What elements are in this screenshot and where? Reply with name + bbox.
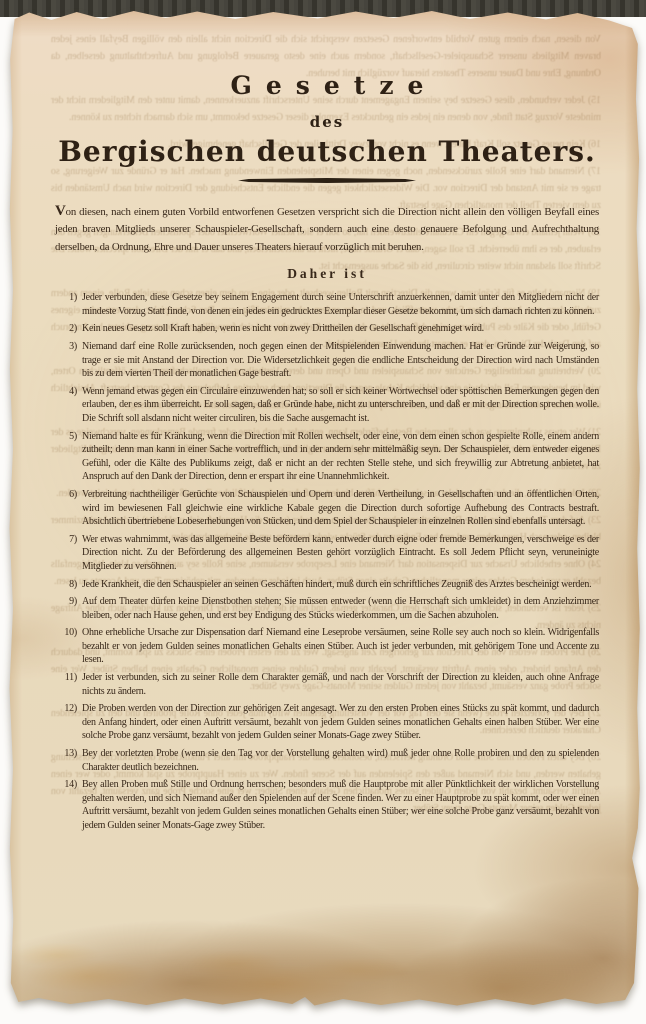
item-number: 10) bbox=[55, 626, 82, 667]
printed-text-column: Gesetze des Bergischen deutschen Theater… bbox=[55, 71, 599, 837]
item-number: 5) bbox=[55, 430, 82, 484]
item-number: 1) bbox=[55, 291, 82, 318]
item-text: Jede Krankheit, die den Schauspieler an … bbox=[82, 578, 599, 592]
law-item: 2)Kein neues Gesetz soll Kraft haben, we… bbox=[55, 322, 599, 336]
item-number: 2) bbox=[55, 322, 82, 336]
item-number: 13) bbox=[55, 747, 82, 774]
law-item: 11)Jeder ist verbunden, sich zu seiner R… bbox=[55, 671, 599, 698]
item-text: Verbreitung nachtheiliger Gerüchte von S… bbox=[82, 488, 599, 529]
item-text: Jeder verbunden, diese Gesetze bey seine… bbox=[82, 291, 599, 318]
law-item: 10)Ohne erhebliche Ursache zur Dispensat… bbox=[55, 626, 599, 667]
item-number: 7) bbox=[55, 533, 82, 574]
item-number: 9) bbox=[55, 595, 82, 622]
item-number: 12) bbox=[55, 702, 82, 743]
document-page: Von diesen, nach einem guten Vorbild ent… bbox=[0, 0, 646, 1024]
law-items-list: 1)Jeder verbunden, diese Gesetze bey sei… bbox=[55, 291, 599, 832]
item-number: 4) bbox=[55, 385, 82, 426]
paper-sheet: Von diesen, nach einem guten Vorbild ent… bbox=[7, 9, 641, 1008]
item-text: Kein neues Gesetz soll Kraft haben, wenn… bbox=[82, 322, 599, 336]
item-text: Bey der vorletzten Probe (wenn sie den T… bbox=[82, 747, 599, 774]
law-item: 6)Verbreitung nachtheiliger Gerüchte von… bbox=[55, 488, 599, 529]
law-item: 9)Auf dem Theater dürfen keine Dienstbot… bbox=[55, 595, 599, 622]
law-item: 14)Bey allen Proben muß Stille und Ordnu… bbox=[55, 778, 599, 832]
document-title: Gesetze bbox=[55, 71, 599, 100]
title-word-des: des bbox=[55, 113, 599, 131]
item-text: Niemand darf eine Rolle zurücksenden, no… bbox=[82, 340, 599, 381]
law-item: 5)Niemand halte es für Kränkung, wenn di… bbox=[55, 430, 599, 484]
law-item: 12)Die Proben werden von der Direction z… bbox=[55, 702, 599, 743]
document-subtitle: Bergischen deutschen Theaters. bbox=[55, 135, 599, 168]
item-text: Wenn jemand etwas gegen ein Circulaire e… bbox=[82, 385, 599, 426]
item-number: 14) bbox=[55, 778, 82, 832]
law-item: 1)Jeder verbunden, diese Gesetze bey sei… bbox=[55, 291, 599, 318]
swelled-rule bbox=[238, 178, 416, 183]
item-number: 6) bbox=[55, 488, 82, 529]
introduction-paragraph: Von diesen, nach einem guten Vorbild ent… bbox=[55, 203, 599, 256]
item-text: Auf dem Theater dürfen keine Dienstbothe… bbox=[82, 595, 599, 622]
law-item: 3)Niemand darf eine Rolle zurücksenden, … bbox=[55, 340, 599, 381]
law-item: 7)Wer etwas wahrnimmt, was das allgemein… bbox=[55, 533, 599, 574]
item-text: Wer etwas wahrnimmt, was das allgemeine … bbox=[82, 533, 599, 574]
item-number: 8) bbox=[55, 578, 82, 592]
item-number: 11) bbox=[55, 671, 82, 698]
law-item: 13)Bey der vorletzten Probe (wenn sie de… bbox=[55, 747, 599, 774]
item-text: Jeder ist verbunden, sich zu seiner Roll… bbox=[82, 671, 599, 698]
section-heading: Daher ist bbox=[55, 266, 599, 282]
item-number: 3) bbox=[55, 340, 82, 381]
item-text: Die Proben werden von der Direction zur … bbox=[82, 702, 599, 743]
law-item: 8)Jede Krankheit, die den Schauspieler a… bbox=[55, 578, 599, 592]
item-text: Bey allen Proben muß Stille und Ordnung … bbox=[82, 778, 599, 832]
law-item: 4)Wenn jemand etwas gegen ein Circulaire… bbox=[55, 385, 599, 426]
item-text: Ohne erhebliche Ursache zur Dispensation… bbox=[82, 626, 599, 667]
item-text: Niemand halte es für Kränkung, wenn die … bbox=[82, 430, 599, 484]
